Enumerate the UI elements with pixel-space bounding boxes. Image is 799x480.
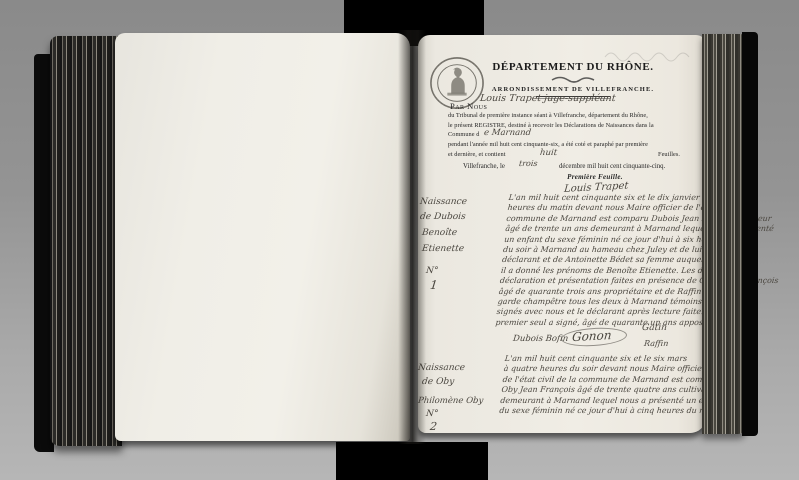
preamble-line-4: pendant l'année mil huit cent cinquante-… (448, 141, 648, 148)
act-line: âgé de trente un ans demeurant à Marnand… (505, 224, 712, 234)
act-line: heures du matin devant nous Maire offici… (507, 203, 714, 213)
entry1-margin-number-label: N° (425, 266, 438, 276)
act-line: L'an mil huit cent cinquante six et le s… (504, 354, 711, 364)
act-line: premier seul a signé, âgé de quarante un… (495, 318, 702, 328)
witness-signature: Raffin (644, 339, 669, 348)
act-line: à quatre heures du soir devant nous Mair… (503, 364, 710, 374)
page-stack-right (702, 34, 746, 434)
entry2-margin-line: Philomène Oby (417, 396, 483, 406)
act-line: de l'état civil de la commune de Marnand… (502, 375, 709, 385)
date-line: Villefranche, le trois décembre mil huit… (463, 161, 688, 173)
blank-left-page (115, 33, 410, 441)
register-book: DÉPARTEMENT DU RHÔNE. ARRONDISSEMENT DE … (30, 30, 760, 446)
act-line: demeurant à Marnand lequel nous a présen… (500, 396, 707, 406)
act-line: âgé de quarante trois ans propriétaire e… (498, 287, 705, 297)
register-right-page: DÉPARTEMENT DU RHÔNE. ARRONDISSEMENT DE … (418, 35, 706, 433)
act-line: L'an mil huit cent cinquante six et le d… (508, 193, 715, 203)
commune-label: Commune d (448, 131, 479, 138)
department-heading: DÉPARTEMENT DU RHÔNE. (473, 61, 673, 73)
preamble-line-1: du Tribunal de première instance séant à… (448, 112, 648, 119)
commune-handwriting: e Marnand (483, 128, 531, 138)
date-day-handwriting: trois (519, 159, 538, 168)
entry2-margin-line: de Oby (421, 377, 454, 387)
book-cover-right (742, 32, 758, 436)
entry2-act-text: L'an mil huit cent cinquante six et le s… (499, 354, 712, 416)
preamble-line-5: et dernière, et contient huit Feuilles. (448, 150, 680, 162)
villefranche-label: Villefranche, le (463, 163, 505, 170)
mayor-signature: Gonon (560, 326, 627, 348)
contient-label: et dernière, et contient (448, 151, 506, 158)
entry1-margin-number: 1 (429, 278, 438, 292)
preamble-line-2: le présent REGISTRE, destiné à recevoir … (448, 122, 654, 129)
ornament-divider-icon (551, 76, 595, 84)
feuilles-label: Feuilles. (658, 151, 680, 158)
entry1-margin-line: de Dubois (419, 212, 466, 222)
entry2-margin-number: 2 (429, 420, 437, 433)
act-line: signés avec nous et le déclarant après l… (496, 307, 703, 317)
witness-signature: Gatin (641, 323, 667, 333)
photo-background: DÉPARTEMENT DU RHÔNE. ARRONDISSEMENT DE … (0, 0, 799, 480)
scanner-mask-bottom (336, 442, 488, 480)
act-line: un enfant du sexe féminin né ce jour d'h… (504, 235, 711, 245)
entry1-margin-line: Naissance (419, 197, 467, 207)
entry1-margin-line: Etienette (421, 244, 464, 254)
act-line: du soir à Marnand au hameau chez Juley e… (503, 245, 710, 255)
act-line: garde champêtre tous les deux à Marnand … (497, 297, 704, 307)
act-line: il a donné les prénoms de Benoîte Etiene… (500, 266, 707, 276)
entry1-margin-line: Benoîte (421, 228, 457, 238)
act-line: déclaration et présentation faites en pr… (499, 276, 706, 286)
book-gutter (398, 30, 426, 444)
act-line: déclarant et de Antoinette Bédet sa femm… (501, 255, 708, 265)
feuilles-count-handwriting: huit (539, 148, 557, 158)
act-line: Oby Jean François âgé de trente quatre a… (501, 385, 708, 395)
date-text: décembre mil huit cent cinquante-cinq. (559, 163, 665, 170)
preamble-line-3: Commune d e Marnand (448, 130, 678, 141)
arrondissement-heading: ARRONDISSEMENT DE VILLEFRANCHE. (473, 86, 673, 93)
entry1-act-text: L'an mil huit cent cinquante six et le d… (495, 193, 715, 328)
page-stack-left (50, 36, 122, 446)
act-line: du sexe féminin né ce jour d'hui à cinq … (499, 406, 706, 416)
entry2-margin-number-label: N° (425, 409, 438, 419)
judge-name-handwriting: Louis Trapet juge-suppléant (479, 93, 660, 104)
act-line: commune de Marnand est comparu Dubois Je… (506, 214, 713, 224)
